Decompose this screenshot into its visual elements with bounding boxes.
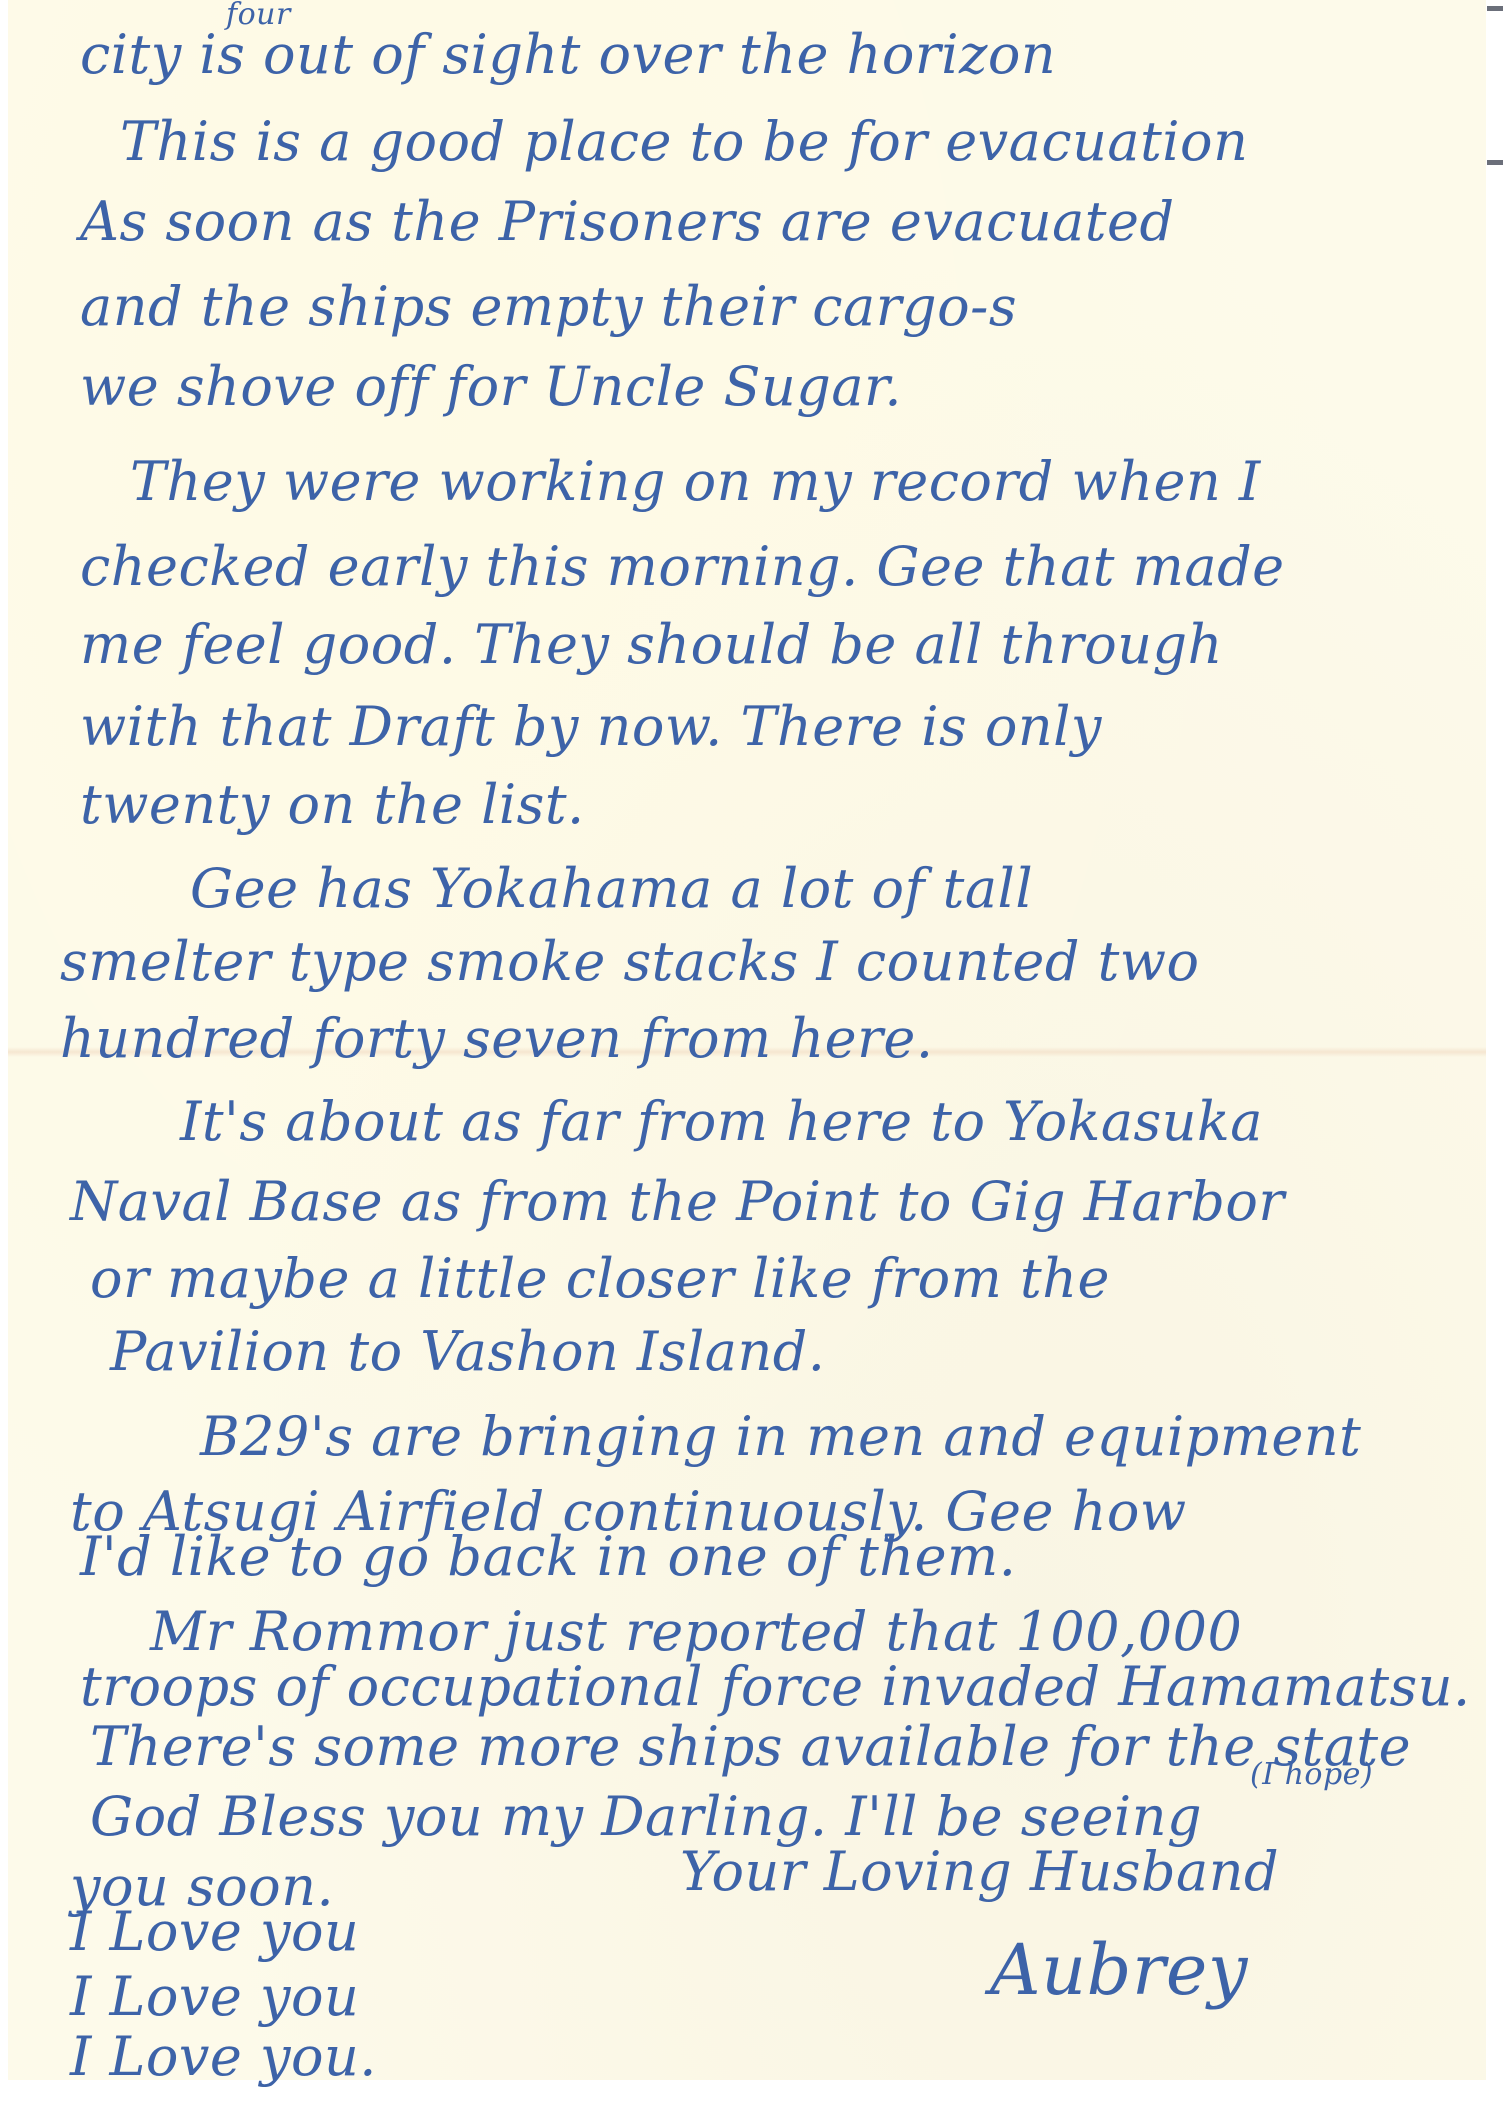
postscript-line: I Love you. (70, 2030, 377, 2084)
letter-line: with that Draft by now. There is only (80, 700, 1102, 754)
letter-line: B29's are bringing in men and equipment (200, 1410, 1361, 1464)
letter-line: I'd like to go back in one of them. (80, 1530, 1016, 1584)
scan-edge-mark (1487, 160, 1503, 165)
letter-line: Gee has Yokahama a lot of tall (190, 862, 1033, 916)
letter-line: city is out of sight over the horizon (80, 28, 1056, 82)
letter-line: They were working on my record when I (130, 455, 1261, 509)
scan-edge-mark (1487, 6, 1503, 11)
letter-line: Naval Base as from the Point to Gig Harb… (70, 1175, 1285, 1229)
postscript-line: I Love you (70, 1970, 359, 2024)
letter-line: me feel good. They should be all through (80, 618, 1223, 672)
postscript-line: I Love you (70, 1905, 359, 1959)
letter-line: hundred forty seven from here. (60, 1012, 934, 1066)
signature: Aubrey (990, 1935, 1248, 2005)
letter-line: God Bless you my Darling. I'll be seeing (90, 1790, 1202, 1844)
letter-line: troops of occupational force invaded Ham… (80, 1660, 1471, 1714)
letter-line: It's about as far from here to Yokasuka (180, 1095, 1263, 1149)
letter-line: As soon as the Prisoners are evacuated (80, 195, 1175, 249)
closing-phrase: Your Loving Husband (680, 1845, 1279, 1899)
letter-line: Mr Rommor just reported that 100,000 (150, 1605, 1242, 1659)
letter-line: we shove off for Uncle Sugar. (80, 360, 902, 414)
letter-line: and the ships empty their cargo-s (80, 280, 1017, 334)
letter-line: This is a good place to be for evacuatio… (120, 115, 1248, 169)
letter-line: twenty on the list. (80, 778, 585, 832)
letter-line: smelter type smoke stacks I counted two (60, 935, 1200, 989)
letter-line: or maybe a little closer like from the (90, 1252, 1110, 1306)
scan-margin (1486, 0, 1503, 2116)
letter-line: checked early this morning. Gee that mad… (80, 540, 1285, 594)
letter-line: There's some more ships available for th… (90, 1720, 1411, 1774)
interlineation-i-hope: (I hope) (1250, 1760, 1373, 1790)
letter-line: Pavilion to Vashon Island. (110, 1325, 825, 1379)
